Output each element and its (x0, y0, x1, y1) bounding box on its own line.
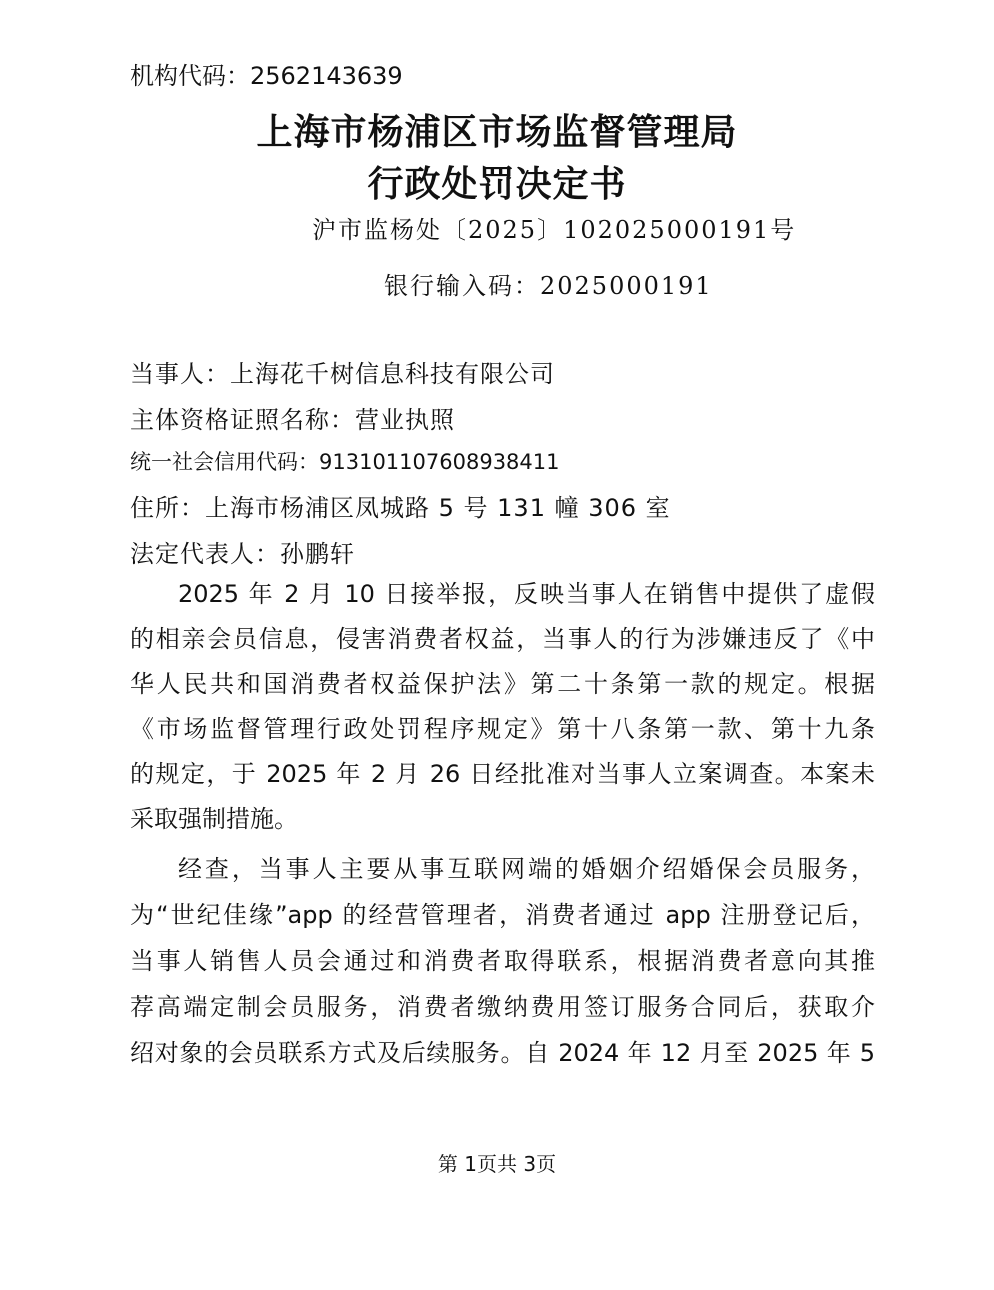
paragraph-line: 采取强制措施。 (130, 797, 875, 842)
page-indicator: 第 1页共 3页 (0, 1148, 994, 1177)
org-code: 机构代码：2562143639 (130, 56, 403, 91)
credit-code: 统一社会信用代码：913101107608938411 (130, 446, 560, 476)
bank-input-code: 银行输入码：2025000191 (384, 266, 713, 301)
paragraph-line: 华人民共和国消费者权益保护法》第二十条第一款的规定。根据 (130, 662, 875, 707)
paragraph-investigation: 经查，当事人主要从事互联网端的婚姻介绍婚保会员服务， 为“世纪佳缘”app 的经… (130, 846, 875, 1076)
party-name: 当事人：上海花千树信息科技有限公司 (130, 354, 555, 389)
paragraph-line: 当事人销售人员会通过和消费者取得联系，根据消费者意向其推 (130, 938, 875, 984)
paragraph-case-filing: 2025 年 2 月 10 日接举报，反映当事人在销售中提供了虚假 的相亲会员信… (130, 572, 875, 842)
document-type-title: 行政处罚决定书 (0, 156, 994, 207)
paragraph-line: 的规定，于 2025 年 2 月 26 日经批准对当事人立案调查。本案未 (130, 752, 875, 797)
license-name: 主体资格证照名称：营业执照 (130, 400, 455, 435)
address: 住所：上海市杨浦区凤城路 5 号 131 幢 306 室 (130, 488, 671, 523)
paragraph-line: 2025 年 2 月 10 日接举报，反映当事人在销售中提供了虚假 (130, 572, 875, 617)
document-number: 沪市监杨处〔2025〕102025000191号 (312, 210, 796, 245)
paragraph-line: 经查，当事人主要从事互联网端的婚姻介绍婚保会员服务， (130, 846, 875, 892)
paragraph-line: 为“世纪佳缘”app 的经营管理者，消费者通过 app 注册登记后， (130, 892, 875, 938)
paragraph-line: 绍对象的会员联系方式及后续服务。自 2024 年 12 月至 2025 年 5 (130, 1030, 875, 1076)
paragraph-line: 《市场监督管理行政处罚程序规定》第十八条第一款、第十九条 (130, 707, 875, 752)
legal-representative: 法定代表人：孙鹏轩 (130, 534, 355, 569)
issuing-authority-title: 上海市杨浦区市场监督管理局 (0, 104, 994, 155)
paragraph-line: 的相亲会员信息，侵害消费者权益，当事人的行为涉嫌违反了《中 (130, 617, 875, 662)
paragraph-line: 荐高端定制会员服务，消费者缴纳费用签订服务合同后，获取介 (130, 984, 875, 1030)
